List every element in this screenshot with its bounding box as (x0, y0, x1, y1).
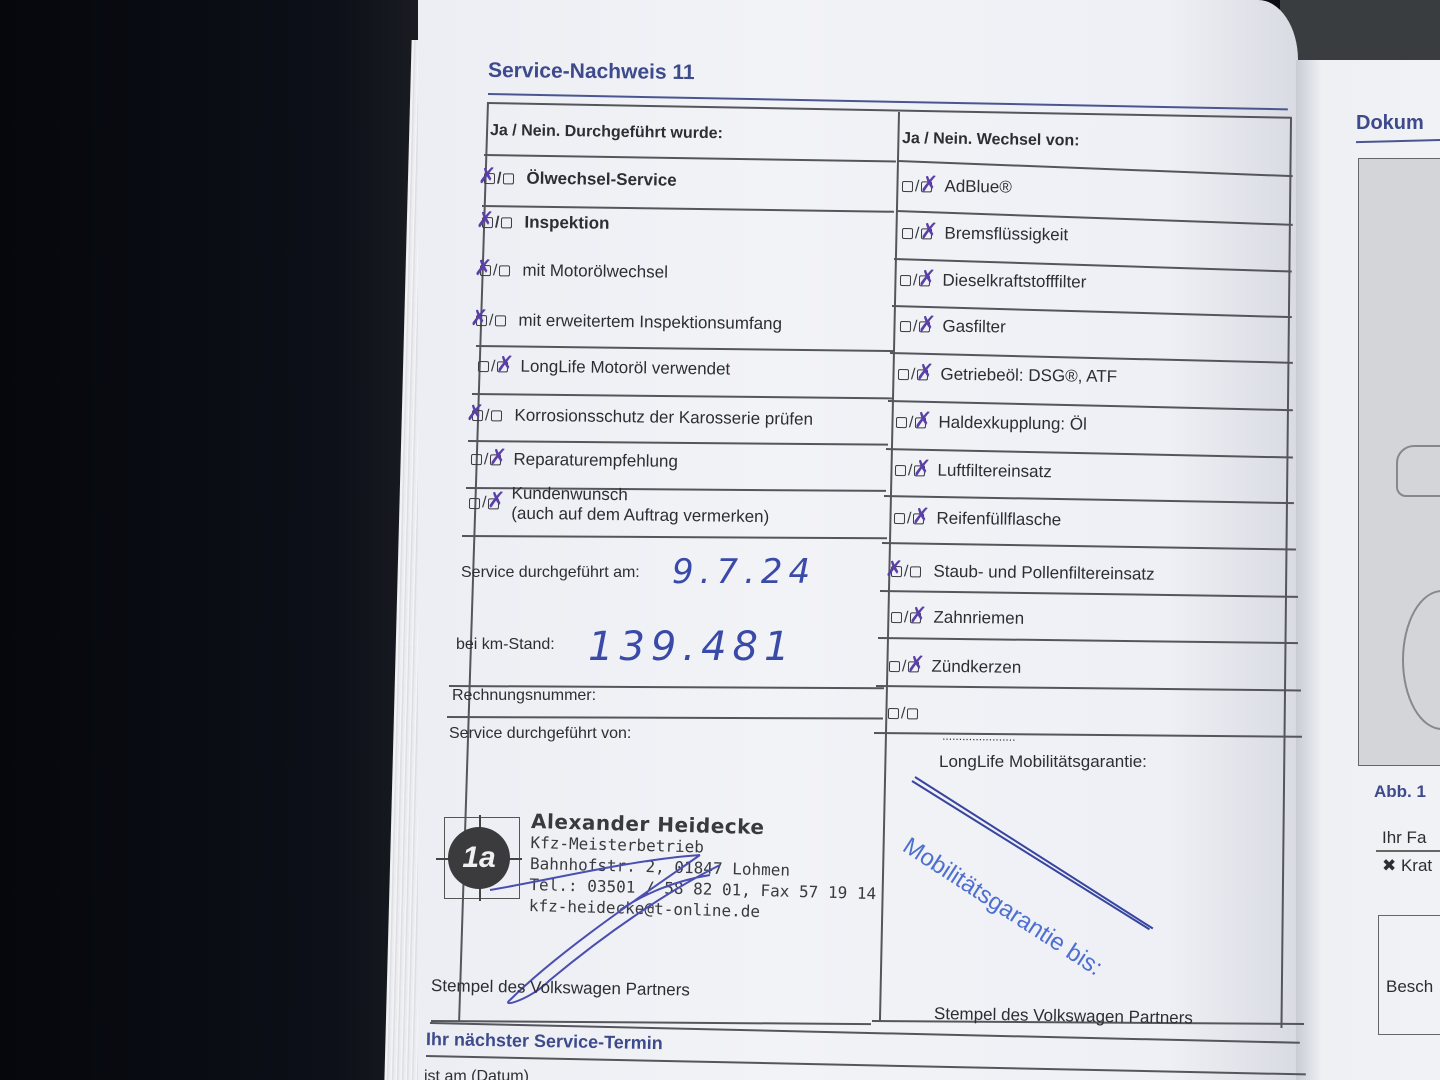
separator: / (902, 658, 907, 675)
next-service-title: Ihr nächster Service-Termin (426, 1029, 663, 1054)
nein-checkbox[interactable] (910, 567, 921, 578)
ja-checkbox[interactable] (888, 708, 899, 719)
ja-checkbox[interactable] (471, 454, 482, 465)
separator: / (907, 510, 912, 527)
ja-nein-checkbox-pair[interactable]: /✗ (480, 214, 515, 232)
km-value[interactable]: 139.481 (588, 624, 795, 670)
ja-checkbox[interactable] (484, 173, 495, 184)
nein-checkbox[interactable] (915, 418, 926, 429)
car-illustration (1396, 445, 1440, 497)
separator: / (909, 414, 914, 431)
item-label: Gasfilter (942, 317, 1006, 337)
nein-checkbox[interactable] (497, 362, 508, 373)
service-date-label: Service durchgeführt am: (461, 564, 640, 582)
separator: / (484, 451, 489, 468)
ja-checkbox[interactable] (902, 181, 913, 192)
item-label: Getriebeöl: DSG®, ATF (940, 365, 1117, 386)
next-service-date-label: ist am (Datum) (424, 1068, 529, 1080)
item-label: Bremsflüssigkeit (944, 224, 1068, 245)
ja-checkbox[interactable] (898, 369, 909, 380)
item-label: mit erweitertem Inspektionsumfang (518, 311, 782, 334)
item-label: LongLife Motoröl verwendet (520, 357, 730, 379)
separator: / (913, 272, 918, 289)
item-label: Zündkerzen (931, 657, 1021, 677)
separator: / (904, 563, 909, 580)
ja-checkbox[interactable] (900, 275, 911, 286)
ja-nein-checkbox-pair[interactable]: /✗ (898, 318, 933, 336)
nein-checkbox[interactable] (910, 613, 921, 624)
nein-checkbox[interactable] (919, 322, 930, 333)
nein-checkbox[interactable] (914, 466, 925, 477)
nein-checkbox[interactable] (501, 218, 512, 229)
ja-nein-checkbox-pair[interactable]: /✗ (469, 451, 504, 469)
ja-checkbox[interactable] (900, 321, 911, 332)
separator: / (495, 214, 500, 231)
ja-nein-checkbox-pair[interactable]: /✗ (474, 312, 509, 330)
nein-checkbox[interactable] (917, 370, 928, 381)
nein-checkbox[interactable] (490, 455, 501, 466)
item-label: Inspektion (524, 213, 609, 233)
separator: / (482, 495, 487, 512)
right-checklist-item: /✗Getriebeöl: DSG®, ATF (896, 364, 1117, 387)
nein-checkbox[interactable] (913, 514, 924, 525)
item-label: Reifenfüllflasche (936, 509, 1061, 530)
left-checklist-item: /✗Inspektion (480, 212, 610, 234)
separator: / (491, 358, 496, 375)
right-checklist-item: /✗AdBlue® (900, 176, 1012, 198)
right-checklist-item: /✗Reifenfüllflasche (892, 508, 1061, 530)
ja-nein-checkbox-pair[interactable]: / (886, 705, 921, 723)
separator: / (485, 407, 490, 424)
nein-checkbox[interactable] (491, 411, 502, 422)
item-label: Dieselkraftstofffilter (942, 271, 1086, 292)
nein-checkbox[interactable] (908, 662, 919, 673)
facing-box (1378, 915, 1440, 1035)
separator: / (904, 609, 909, 626)
nein-checkbox[interactable] (488, 498, 499, 509)
ja-checkbox[interactable] (891, 566, 902, 577)
item-label: Reparaturempfehlung (513, 450, 678, 471)
facing-divider (1376, 850, 1440, 852)
separator: / (901, 705, 906, 722)
separator: / (908, 462, 913, 479)
ja-checkbox[interactable] (891, 612, 902, 623)
right-checklist-item: /✗Haldexkupplung: Öl (894, 412, 1087, 435)
item-label: Staub- und Pollenfiltereinsatz (933, 562, 1154, 584)
ja-nein-checkbox-pair[interactable]: /✗ (900, 178, 935, 196)
item-label: Zahnriemen (933, 608, 1024, 628)
item-label: Korrosionsschutz der Karosserie prüfen (514, 406, 813, 429)
separator: / (489, 312, 494, 329)
nein-checkbox[interactable] (499, 266, 510, 277)
right-checklist-item: /✗Luftfiltereinsatz (893, 460, 1052, 482)
ja-nein-checkbox-pair[interactable]: /✗ (900, 225, 935, 243)
mobility-guarantee-label: LongLife Mobilitätsgarantie: (939, 752, 1147, 772)
ja-nein-checkbox-pair[interactable]: /✗ (889, 609, 924, 627)
ja-nein-checkbox-pair[interactable]: /✗ (478, 262, 513, 280)
separator: / (915, 225, 920, 242)
ja-checkbox[interactable] (476, 315, 487, 326)
figure-caption: Abb. 1 (1374, 782, 1426, 802)
item-label: Luftfiltereinsatz (937, 461, 1052, 482)
ja-checkbox[interactable] (895, 465, 906, 476)
item-label: mit Motorölwechsel (522, 261, 668, 282)
ja-checkbox[interactable] (902, 228, 913, 239)
left-column-header: Ja / Nein. Durchgeführt wurde: (490, 122, 723, 143)
dark-background (0, 0, 420, 1080)
item-label: Ölwechsel-Service (526, 169, 677, 190)
nein-checkbox[interactable] (495, 316, 506, 327)
facing-text-1: Ihr Fa (1382, 828, 1426, 848)
facing-text-2: ✖ Krat (1382, 856, 1432, 876)
page-title: Service-Nachweis 11 (488, 59, 695, 85)
nein-checkbox[interactable] (921, 229, 932, 240)
separator: / (915, 178, 920, 195)
separator: / (913, 318, 918, 335)
ja-checkbox[interactable] (889, 661, 900, 672)
ja-nein-checkbox-pair[interactable]: /✗ (893, 462, 928, 480)
ja-checkbox[interactable] (896, 417, 907, 428)
ja-nein-checkbox-pair[interactable]: /✗ (482, 170, 517, 188)
ja-nein-checkbox-pair[interactable]: /✗ (889, 563, 924, 581)
left-checklist-item: /✗mit Motorölwechsel (478, 260, 668, 283)
right-checklist-item: /✗Staub- und Pollenfiltereinsatz (889, 561, 1155, 585)
separator: / (911, 366, 916, 383)
ja-checkbox[interactable] (478, 361, 489, 372)
right-checklist-item: /✗Bremsflüssigkeit (900, 223, 1068, 245)
ja-nein-checkbox-pair[interactable]: /✗ (467, 494, 502, 512)
right-column-header: Ja / Nein. Wechsel von: (902, 130, 1080, 150)
facing-text-3: Besch (1386, 977, 1433, 997)
left-checklist-item: /✗LongLife Motoröl verwendet (476, 356, 731, 380)
ja-nein-checkbox-pair[interactable]: /✗ (898, 272, 933, 290)
right-checklist-item: /✗Gasfilter (898, 316, 1006, 338)
ja-nein-checkbox-pair[interactable]: /✗ (892, 510, 927, 528)
separator: / (493, 262, 498, 279)
ja-nein-checkbox-pair[interactable]: /✗ (470, 407, 505, 425)
ja-nein-checkbox-pair[interactable]: /✗ (887, 658, 922, 676)
performed-by-label: Service durchgeführt von: (449, 725, 631, 743)
ja-nein-checkbox-pair[interactable]: /✗ (476, 358, 511, 376)
item-label: Haldexkupplung: Öl (938, 413, 1087, 434)
ja-checkbox[interactable] (482, 217, 493, 228)
right-checklist-item: /✗Zahnriemen (889, 607, 1024, 629)
right-checklist-item: /✗Dieselkraftstofffilter (898, 270, 1087, 293)
ja-nein-checkbox-pair[interactable]: /✗ (896, 366, 931, 384)
separator: / (497, 170, 502, 187)
nein-checkbox[interactable] (503, 174, 514, 185)
nein-checkbox[interactable] (919, 276, 930, 287)
right-checklist-item: /✗Zündkerzen (887, 656, 1022, 678)
right-checklist-item: /...................... (886, 703, 931, 724)
invoice-label: Rechnungsnummer: (452, 687, 596, 705)
service-date-value[interactable]: 9.7.24 (672, 552, 816, 592)
facing-page-title: Dokum (1356, 112, 1424, 135)
nein-checkbox[interactable] (921, 182, 932, 193)
left-checklist-item: /✗Reparaturempfehlung (469, 449, 678, 472)
ja-checkbox[interactable] (894, 513, 905, 524)
ja-checkbox[interactable] (472, 410, 483, 421)
ja-nein-checkbox-pair[interactable]: /✗ (894, 414, 929, 432)
item-label: Kundenwunsch(auch auf dem Auftrag vermer… (511, 484, 770, 528)
left-checklist-item: /✗Ölwechsel-Service (482, 168, 677, 191)
item-label: AdBlue® (944, 177, 1012, 197)
ja-checkbox[interactable] (469, 498, 480, 509)
nein-checkbox[interactable] (907, 709, 918, 720)
left-checklist-item: /✗mit erweitertem Inspektionsumfang (474, 310, 782, 334)
km-label: bei km-Stand: (456, 636, 555, 654)
left-checklist-item: /✗Kundenwunsch(auch auf dem Auftrag verm… (467, 483, 770, 527)
ja-checkbox[interactable] (480, 265, 491, 276)
